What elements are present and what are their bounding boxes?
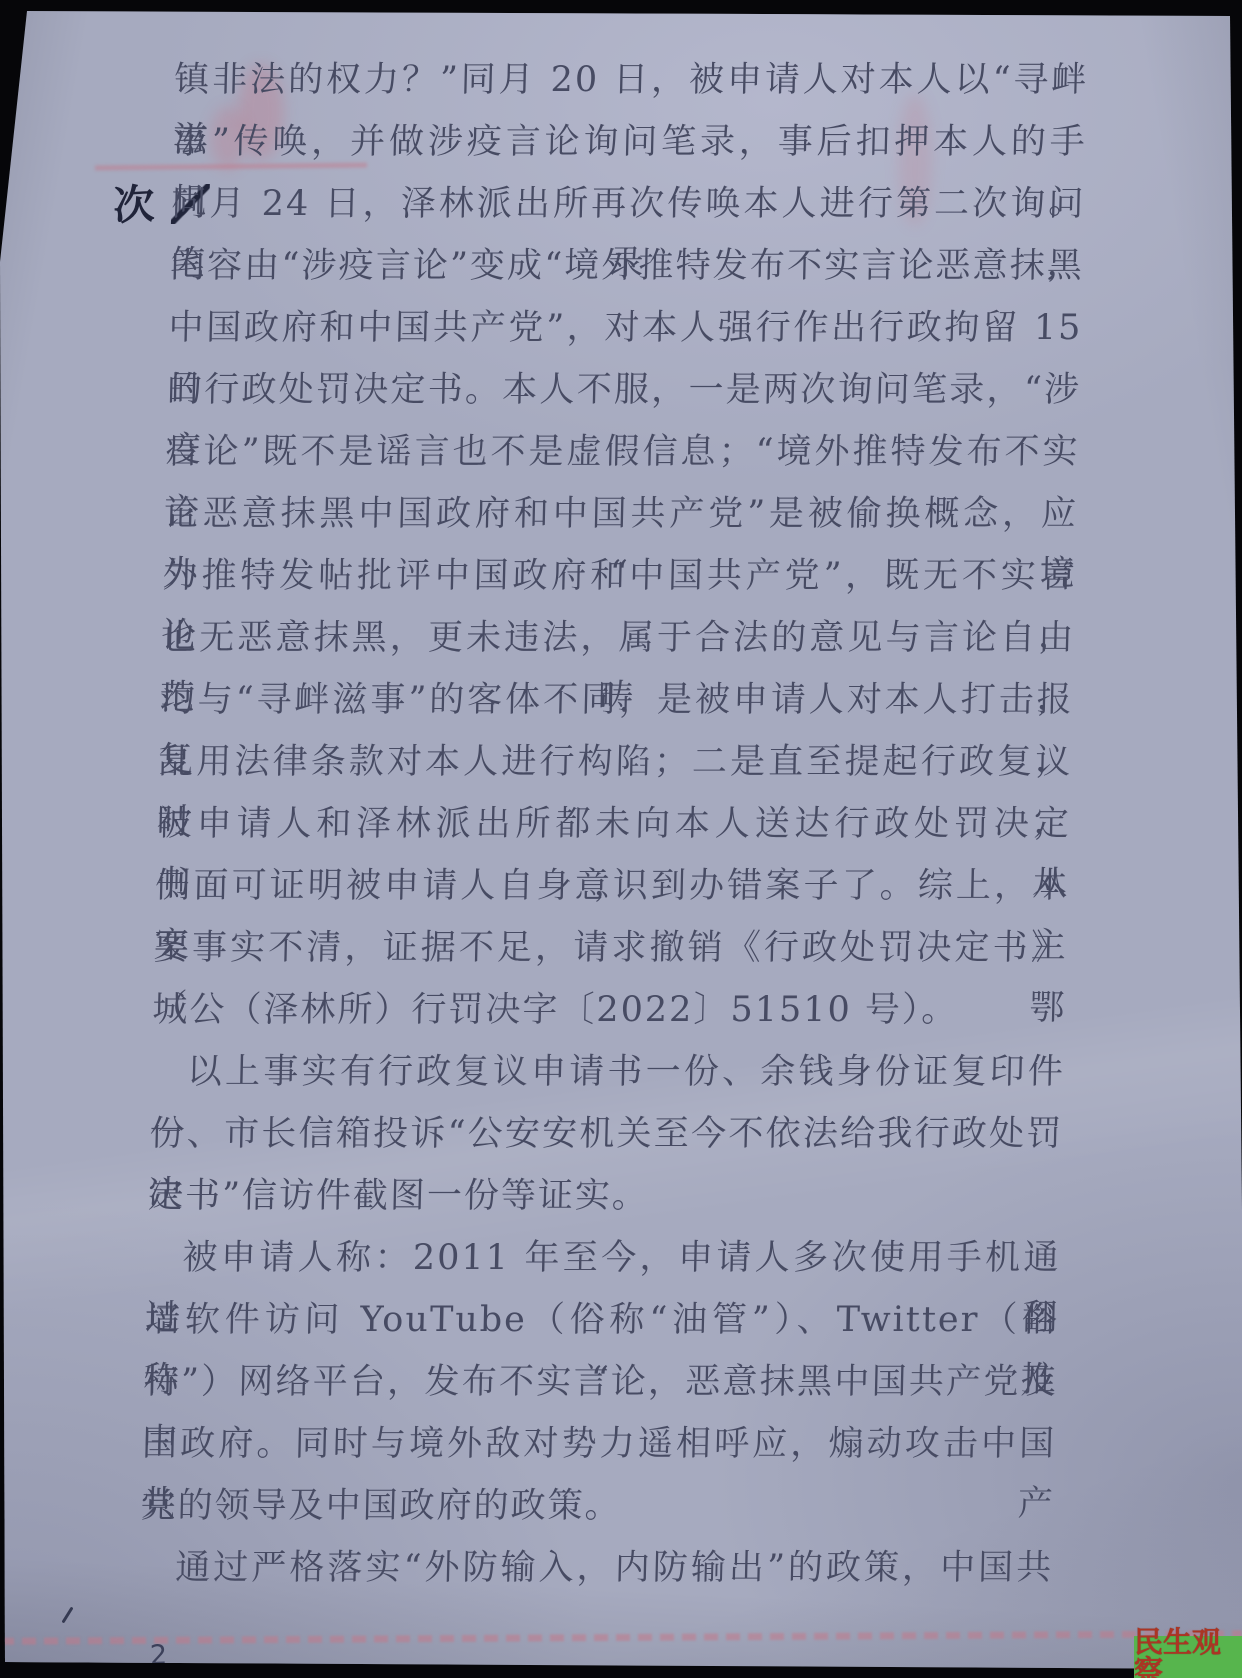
line-text: 城公（泽林所）行罚决字〔2022〕51510 号）。 xyxy=(152,990,959,1030)
text-block: 镇非法的权力？”同月 20 日，被申请人对本人以“寻衅滋事”传唤，并做涉疫言论询… xyxy=(138,50,1089,1600)
text-line: 党的领导及中国政府的政策。 xyxy=(140,1476,1055,1538)
text-line: 被申请人和泽林派出所都未向本人送达行政处罚决定书，从 xyxy=(156,794,1071,856)
line-text: 党的领导及中国政府的政策。 xyxy=(140,1486,622,1526)
text-line: 以上事实有行政复议申请书一份、余钱身份证复印件一 xyxy=(150,1042,1065,1104)
document-photo: 镇非法的权力？”同月 20 日，被申请人对本人以“寻衅滋事”传唤，并做涉疫言论询… xyxy=(0,0,1242,1678)
text-line: 城公（泽林所）行罚决字〔2022〕51510 号）。 xyxy=(152,980,1067,1042)
text-line: 要事实不清，证据不足，请求撤销《行政处罚决定书》（鄂 xyxy=(153,918,1068,980)
text-line: 事”传唤，并做涉疫言论询问笔录，事后扣押本人的手机。 xyxy=(172,112,1087,174)
text-line: 乱用法律条款对本人进行构陷；二是直至提起行政复议时， xyxy=(157,732,1072,794)
paper-page: 镇非法的权力？”同月 20 日，被申请人对本人以“寻衅滋事”传唤，并做涉疫言论询… xyxy=(0,0,1242,1678)
text-line: 特”）网络平台，发布不实言论，恶意抹黑中国共产党及中 xyxy=(143,1352,1058,1414)
text-line: 通过严格落实“外防输入，内防输出”的政策，中国共 xyxy=(138,1538,1053,1600)
text-line: 定书”信访件截图一份等证实。 xyxy=(147,1166,1062,1228)
red-streak xyxy=(0,1630,1242,1645)
text-line: 论恶意抹黑中国政府和中国共产党”是被偷换概念，应为“境 xyxy=(163,484,1078,546)
strikethrough-char: 同 xyxy=(171,184,210,224)
text-line: 的行政处罚决定书。本人不服，一是两次询问笔录，“涉疫 xyxy=(166,360,1081,422)
text-line: 言论”既不是谣言也不是虚假信息；“境外推特发布不实言 xyxy=(165,422,1080,484)
line-text: 定书”信访件截图一份等证实。 xyxy=(148,1176,650,1216)
text-line: 份、市长信箱投诉“公安安机关至今不依法给我行政处罚决 xyxy=(149,1104,1064,1166)
text-line: 次同月 24 日，泽林派出所再次传唤本人进行第二次询问笔录， xyxy=(171,174,1086,236)
watermark-badge: 民生观察 xyxy=(1134,1636,1242,1678)
text-line: 内容由“涉疫言论”变成“境外推特发布不实言论恶意抹黑 xyxy=(169,236,1084,298)
text-line: 国政府。同时与境外敌对势力遥相呼应，煽动攻击中国共产 xyxy=(141,1414,1056,1476)
text-line: 外推特发帖批评中国政府和中国共产党”，既无不实言论， xyxy=(162,546,1077,608)
page-number: 2 xyxy=(149,1640,167,1672)
text-line: 中国政府和中国共产党”，对本人强行作出行政拘留 15 日 xyxy=(168,298,1083,360)
text-line: 墙软件访问 YouTube（俗称“油管”）、Twitter（俗称“推 xyxy=(144,1290,1059,1352)
text-line: 侧面可证明被申请人自身意识到办错案子了。综上，本案主 xyxy=(155,856,1070,918)
text-line: 也无恶意抹黑，更未违法，属于合法的意见与言论自由范畴， xyxy=(160,608,1075,670)
stray-pen-mark xyxy=(61,1607,73,1624)
line-text: 内容由“涉疫言论”变成“境外推特发布不实言论恶意抹黑 xyxy=(169,246,1084,286)
text-line: 镇非法的权力？”同月 20 日，被申请人对本人以“寻衅滋 xyxy=(174,50,1089,112)
line-text: 通过严格落实“外防输入，内防输出”的政策，中国共 xyxy=(175,1548,1054,1588)
text-line: 被申请人称：2011 年至今，申请人多次使用手机通过翻 xyxy=(146,1228,1061,1290)
handwritten-margin-note: 次 xyxy=(112,174,155,236)
watermark-text: 民生观察 xyxy=(1134,1628,1242,1678)
text-line: 均与“寻衅滋事”的客体不同，是被申请人对本人打击报复， xyxy=(159,670,1074,732)
